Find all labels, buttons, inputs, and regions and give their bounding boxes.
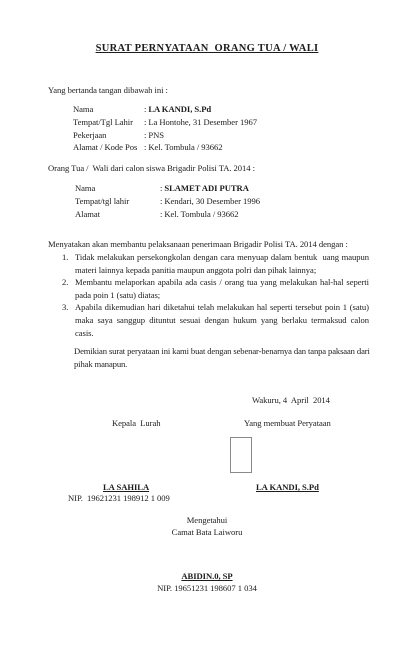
place-date: Wakuru, 4 April 2014 [252, 394, 330, 407]
list-item: 1. Tidak melakukan persekongkolan dengan… [62, 251, 369, 276]
candidate-intro-line: Orang Tua / Wali dari calon siswa Brigad… [48, 162, 255, 175]
field-value: LA KANDI, S.Pd [148, 103, 257, 116]
field-value: SLAMET ADI PUTRA [164, 182, 260, 195]
right-signer-role: Yang membuat Peryataan [244, 417, 331, 430]
acknowledgement-signer-name: ABIDIN.0, SP [0, 570, 414, 583]
acknowledgement-line1: Mengetahui [0, 514, 414, 527]
field-value: Kel. Tombula / 93662 [148, 141, 257, 154]
list-item: 2. Membantu melaporkan apabila ada casis… [62, 276, 369, 301]
list-number: 2. [62, 276, 75, 301]
table-row: Nama : LA KANDI, S.Pd [73, 103, 257, 116]
table-row: Tempat/Tgl Lahir : La Hontohe, 31 Desemb… [73, 116, 257, 129]
statement-list: 1. Tidak melakukan persekongkolan dengan… [62, 251, 369, 339]
table-row: Alamat / Kode Pos : Kel. Tombula / 93662 [73, 141, 257, 154]
acknowledgement-signer-nip: NIP. 19651231 198607 1 034 [0, 582, 414, 595]
list-text: Membantu melaporkan apabila ada casis / … [75, 276, 369, 301]
table-row: Nama : SLAMET ADI PUTRA [75, 182, 260, 195]
table-row: Tempat/tgl lahir : Kendari, 30 Desember … [75, 195, 260, 208]
left-signer-nip: NIP. 19621231 198912 1 009 [68, 492, 170, 505]
field-value: La Hontohe, 31 Desember 1967 [148, 116, 257, 129]
parent-identity-table: Nama : LA KANDI, S.Pd Tempat/Tgl Lahir :… [73, 103, 257, 154]
field-value: PNS [148, 129, 257, 142]
document-title: SURAT PERNYATAAN ORANG TUA / WALI [0, 43, 414, 54]
closing-paragraph: Demikian surat peryataan ini kami buat d… [74, 345, 375, 370]
list-number: 1. [62, 251, 75, 276]
field-label: Alamat / Kode Pos [73, 141, 144, 154]
right-signer-name: LA KANDI, S.Pd [256, 481, 319, 494]
statement-lead: Menyatakan akan membantu pelaksanaan pen… [48, 238, 368, 251]
field-value: Kendari, 30 Desember 1996 [164, 195, 260, 208]
field-label: Nama [75, 182, 160, 195]
document-page: SURAT PERNYATAAN ORANG TUA / WALI Yang b… [0, 0, 414, 650]
table-row: Alamat : Kel. Tombula / 93662 [75, 208, 260, 221]
field-label: Nama [73, 103, 144, 116]
field-label: Alamat [75, 208, 160, 221]
field-label: Tempat/Tgl Lahir [73, 116, 144, 129]
list-item: 3. Apabila dikemudian hari diketahui tel… [62, 301, 369, 339]
field-label: Tempat/tgl lahir [75, 195, 160, 208]
table-row: Pekerjaan : PNS [73, 129, 257, 142]
field-value: Kel. Tombula / 93662 [164, 208, 260, 221]
left-signer-role: Kepala Lurah [112, 417, 161, 430]
acknowledgement-line2: Camat Bata Laiworu [0, 526, 414, 539]
list-text: Apabila dikemudian hari diketahui telah … [75, 301, 369, 339]
intro-line: Yang bertanda tangan dibawah ini : [48, 84, 168, 97]
list-text: Tidak melakukan persekongkolan dengan ca… [75, 251, 369, 276]
stamp-box [230, 437, 252, 473]
list-number: 3. [62, 301, 75, 339]
candidate-identity-table: Nama : SLAMET ADI PUTRA Tempat/tgl lahir… [75, 182, 260, 220]
field-label: Pekerjaan [73, 129, 144, 142]
